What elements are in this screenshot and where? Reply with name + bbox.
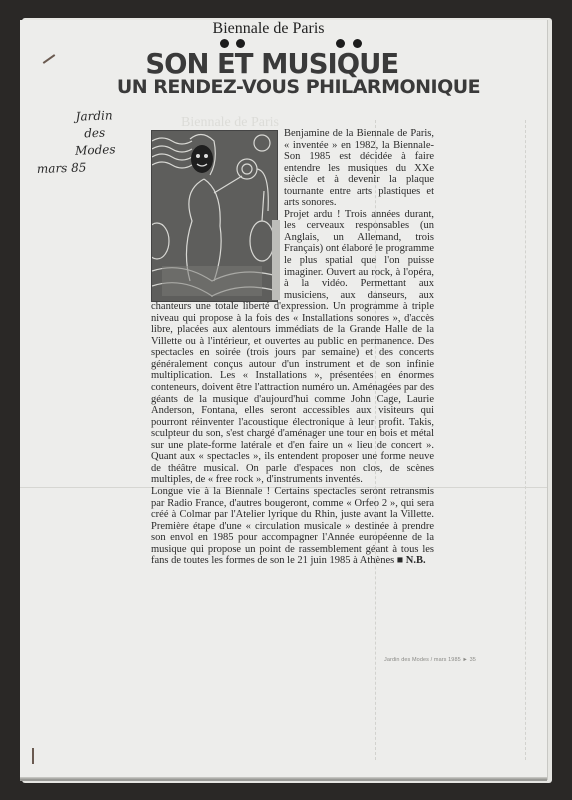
article-body: Benjamine de la Biennale de Paris, « inv… — [151, 128, 434, 567]
illustration-spacer — [151, 128, 284, 301]
subheadline-text: UN RENDEZ-VOUS PHILARMONIQUE — [117, 76, 480, 98]
author-signature: N.B. — [406, 555, 426, 566]
article-paragraph-text: Longue vie à la Biennale ! Certains spec… — [151, 486, 434, 566]
subheadline: UN RENDEZ-VOUS PHILARMONIQUE — [20, 76, 547, 98]
document-page: Biennale de Paris SON ET MUSIQUE UN REND… — [20, 20, 547, 780]
page-footer: Jardin des Modes / mars 1985 ► 35 — [384, 657, 476, 663]
handnote-line: mars 85 — [37, 157, 152, 178]
kicker: Biennale de Paris — [20, 20, 547, 38]
bleed-through-line — [525, 120, 527, 760]
end-mark: ■ — [397, 555, 403, 566]
kicker-text: Biennale de Paris — [213, 20, 325, 37]
handwritten-note: Jardin des Modes mars 85 — [39, 106, 151, 178]
article-paragraph: Longue vie à la Biennale ! Certains spec… — [151, 486, 434, 567]
staple-mark — [32, 748, 34, 764]
